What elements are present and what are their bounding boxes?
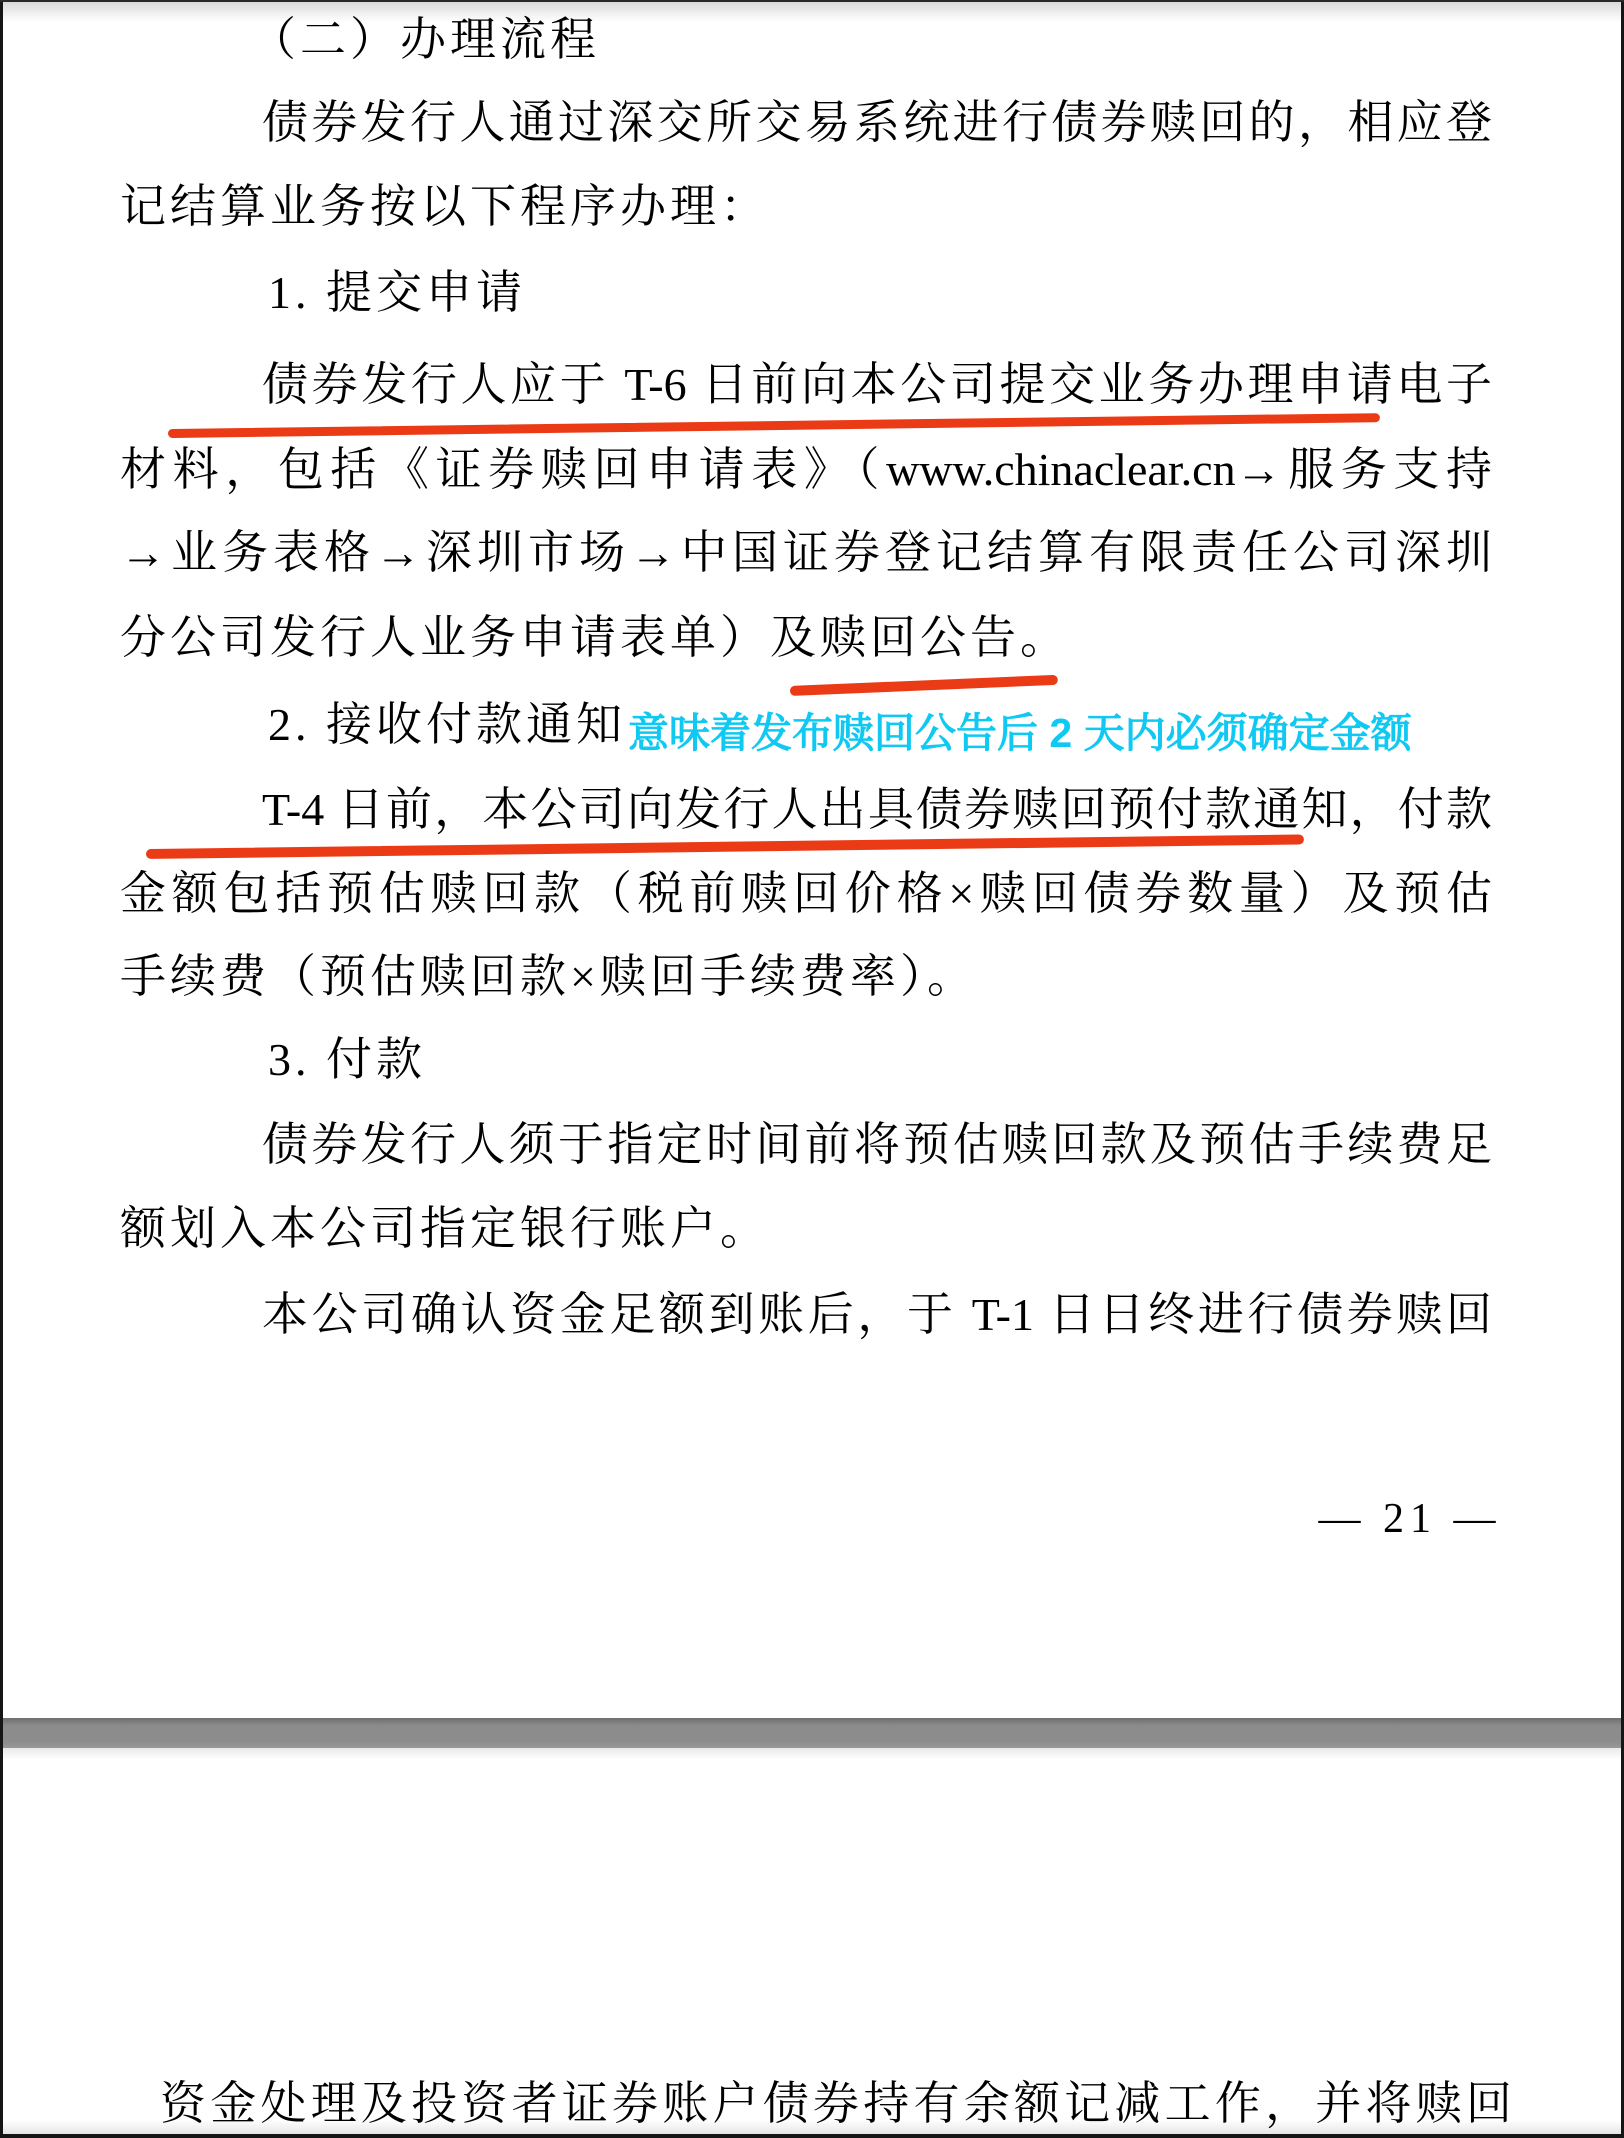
bottom-shadow [0,2120,1624,2134]
page-separator-edge [0,1748,1624,1760]
list-item-heading-1: 1. 提交申请 [268,263,526,323]
document-text-line: 记结算业务按以下程序办理： [120,177,770,237]
red-underline-annotation [168,413,1380,438]
list-item-heading-3: 3. 付款 [268,1030,426,1090]
frame-border-left [0,0,3,2138]
list-item-heading-2: 2. 接收付款通知 [268,695,626,755]
cyan-note-annotation: 意味着发布赎回公告后 2 天内必须确定金额 [628,707,1412,759]
document-text-line: 债券发行人应于 T-6 日前向本公司提交业务办理申请电子 [120,355,1492,415]
document-text-line: 手续费（预估赎回款×赎回手续费率）。 [120,947,977,1007]
document-text-line: T-4 日前，本公司向发行人出具债券赎回预付款通知，付款 [120,780,1492,840]
page-separator-bar [0,1718,1624,1748]
red-underline-annotation [790,675,1058,696]
document-text-line: 债券发行人通过深交所交易系统进行债券赎回的，相应登 [120,93,1492,153]
page-number: — 21 — [1300,1489,1520,1549]
document-text-line: 材料，包括《证券赎回申请表》（www.chinaclear.cn→服务支持 [120,440,1492,500]
document-text-line: 额划入本公司指定银行账户。 [120,1199,770,1259]
frame-border-bottom [0,2134,1624,2138]
document-text-line: →业务表格→深圳市场→中国证券登记结算有限责任公司深圳 [120,523,1492,583]
document-text-line: 债券发行人须于指定时间前将预估赎回款及预估手续费足 [120,1115,1492,1175]
document-text-line: 分公司发行人业务申请表单）及赎回公告。 [120,608,1070,668]
top-shadow [0,2,1624,22]
document-text-line: 金额包括预估赎回款（税前赎回价格×赎回债券数量）及预估 [120,864,1492,924]
document-viewer: （二）办理流程 债券发行人通过深交所交易系统进行债券赎回的，相应登 记结算业务按… [0,0,1624,2138]
frame-border-top [0,0,1624,2]
document-text-line: 本公司确认资金足额到账后，于 T-1 日日终进行债券赎回 [120,1285,1492,1345]
